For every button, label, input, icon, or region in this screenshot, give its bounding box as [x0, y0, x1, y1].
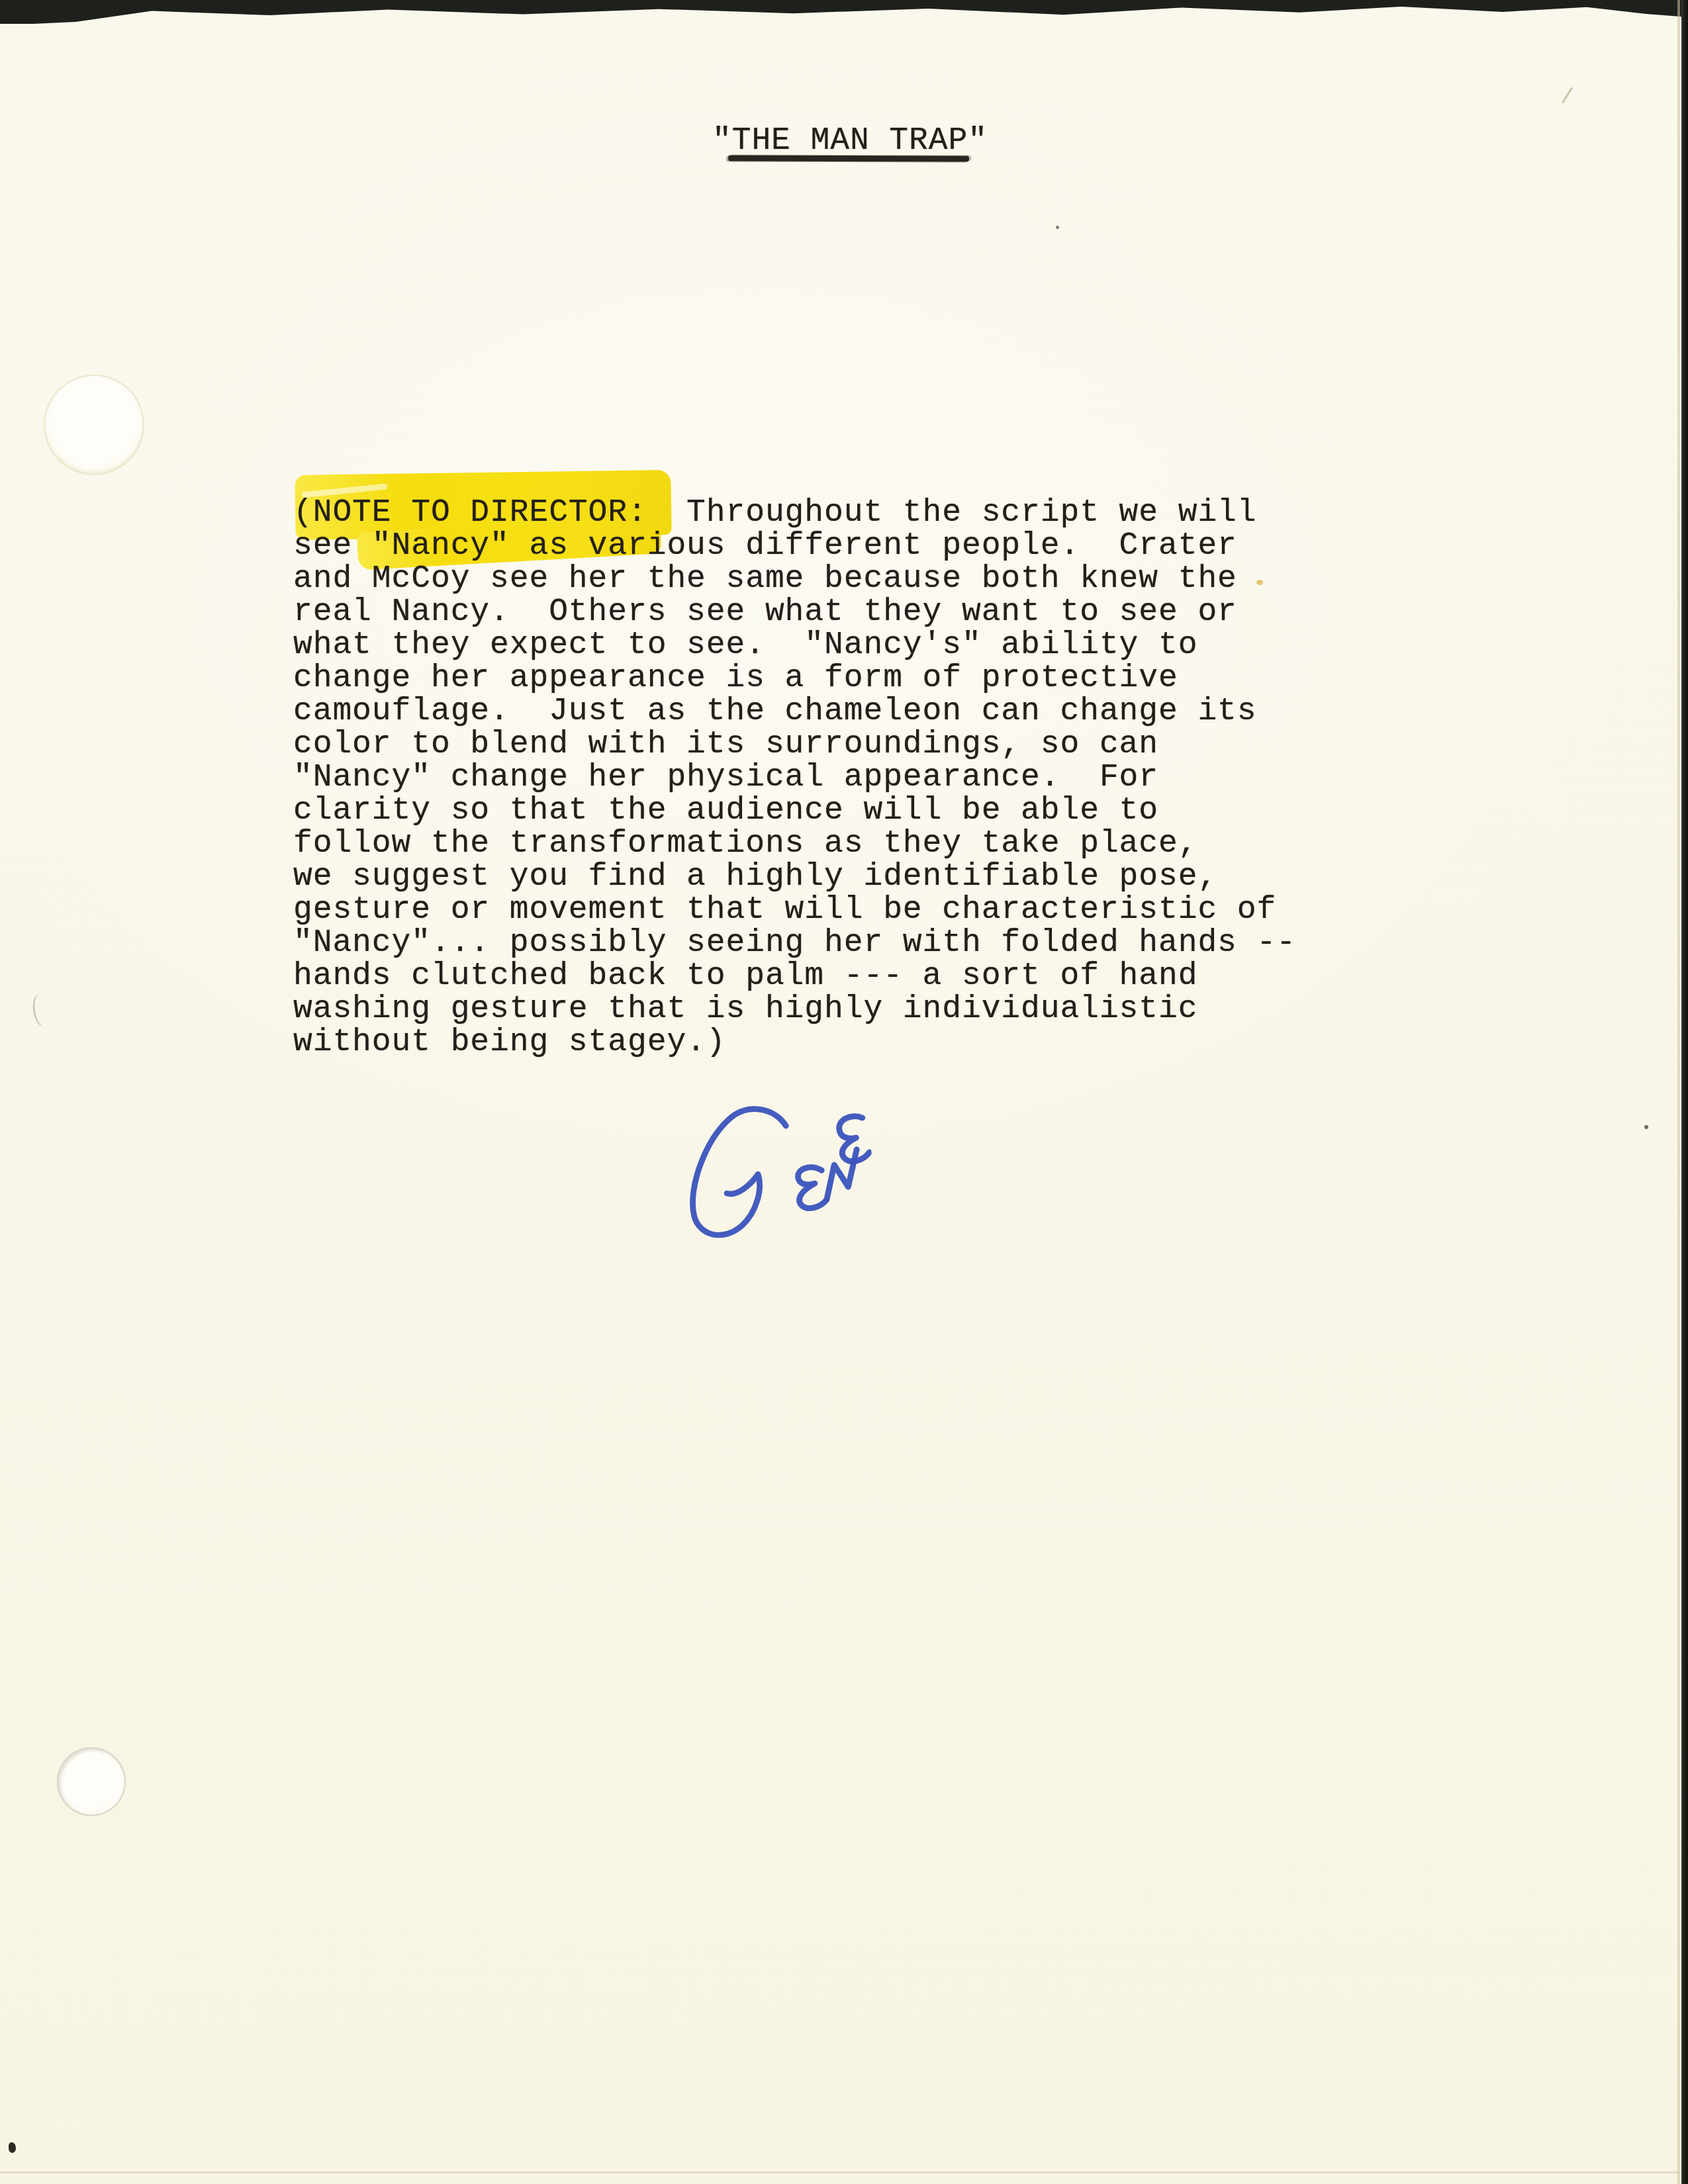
note-line: follow the transformations as they take …	[293, 827, 1296, 860]
note-line: "Nancy" change her physical appearance. …	[293, 761, 1296, 794]
signature-g-stroke	[683, 1106, 796, 1238]
pencil-mark	[1562, 87, 1573, 103]
paper-speck	[1644, 1125, 1648, 1129]
note-line: (NOTE TO DIRECTOR: Throughout the script…	[293, 496, 1296, 529]
signature-e1-stroke	[796, 1166, 827, 1209]
punch-hole-bottom	[57, 1747, 126, 1816]
note-line: gesture or movement that will be charact…	[293, 893, 1296, 927]
note-line: "Nancy"... possibly seeing her with fold…	[293, 927, 1296, 960]
paper-speck	[9, 2142, 16, 2153]
scan-edge-top	[0, 0, 1688, 24]
scanned-script-page: "THE MAN TRAP" (NOTE TO DIRECTOR: Throug…	[0, 0, 1688, 2184]
note-line: real Nancy. Others see what they want to…	[293, 596, 1296, 629]
scan-edge-right	[1681, 0, 1688, 2184]
note-line: what they expect to see. "Nancy's" abili…	[293, 629, 1296, 662]
note-line: we suggest you find a highly identifiabl…	[293, 860, 1296, 893]
note-line: see "Nancy" as various different people.…	[293, 529, 1296, 563]
punch-hole-top	[44, 375, 144, 475]
note-line: color to blend with its surroundings, so…	[293, 728, 1296, 761]
director-note-paragraph: (NOTE TO DIRECTOR: Throughout the script…	[293, 496, 1296, 1059]
paper-bottom-edge-line	[0, 2171, 1679, 2173]
gene-signature	[673, 1081, 880, 1252]
paper-right-edge-shadow	[1677, 0, 1680, 2184]
title-underline	[728, 156, 969, 162]
paper-speck	[1056, 226, 1059, 229]
note-line: clarity so that the audience will be abl…	[293, 794, 1296, 827]
note-line: hands clutched back to palm --- a sort o…	[293, 960, 1296, 993]
page-title: "THE MAN TRAP"	[712, 124, 988, 158]
note-line: change her appearance is a form of prote…	[293, 662, 1296, 695]
note-line: camouflage. Just as the chameleon can ch…	[293, 695, 1296, 728]
note-line: and McCoy see her the same because both …	[293, 563, 1296, 596]
note-line: without being stagey.)	[293, 1026, 1296, 1059]
pencil-mark	[31, 991, 55, 1028]
note-line: washing gesture that is highly individua…	[293, 993, 1296, 1026]
